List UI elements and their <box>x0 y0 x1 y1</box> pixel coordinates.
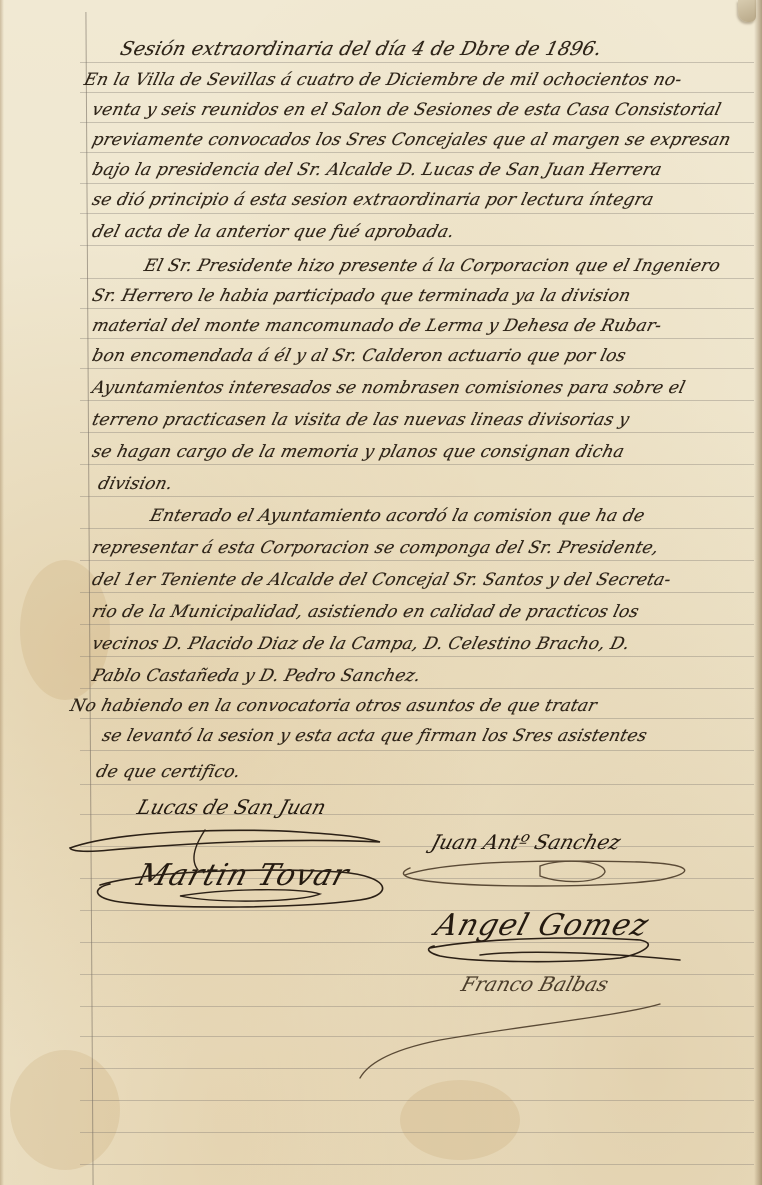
document-body: Sesión extraordinaria del día 4 de Dbre … <box>0 0 762 1185</box>
text-line: Ayuntamientos interesados se nombrasen c… <box>90 378 687 398</box>
text-line: division. <box>96 474 175 494</box>
text-line: del acta de la anterior que fué aprobada… <box>90 222 456 242</box>
text-line: bon encomendada á él y al Sr. Calderon a… <box>90 346 628 366</box>
session-header: Sesión extraordinaria del día 4 de Dbre … <box>118 38 604 60</box>
text-line: se dió principio á esta sesion extraordi… <box>90 190 656 210</box>
signature-martin-tovar: Martin Tovar <box>133 858 353 893</box>
text-line: previamente convocados los Sres Concejal… <box>90 130 733 150</box>
text-line: Enterado el Ayuntamiento acordó la comis… <box>148 506 647 526</box>
text-line: rio de la Municipalidad, asistiendo en c… <box>90 602 641 622</box>
text-line: del 1er Teniente de Alcalde del Concejal… <box>90 570 673 590</box>
document-page: Sesión extraordinaria del día 4 de Dbre … <box>0 0 762 1185</box>
text-line: material del monte mancomunado de Lerma … <box>90 316 664 336</box>
text-line: se hagan cargo de la memoria y planos qu… <box>90 442 626 462</box>
signature-lucas-de-san-juan: Lucas de San Juan <box>135 795 329 819</box>
signature-juan-antonio-sanchez: Juan Antº Sanchez <box>429 830 624 854</box>
text-line: En la Villa de Sevillas á cuatro de Dici… <box>82 70 684 90</box>
text-line: El Sr. Presidente hizo presente á la Cor… <box>142 256 722 276</box>
text-line: terreno practicasen la visita de las nue… <box>90 410 631 430</box>
signature-francisco-balbas: Franco Balbas <box>459 972 612 996</box>
text-line: No habiendo en la convocatoria otros asu… <box>68 696 599 716</box>
text-line: vecinos D. Placido Diaz de la Campa, D. … <box>90 634 632 654</box>
signature-angel-gomez: Angel Gomez <box>431 908 653 943</box>
text-line: se levantó la sesion y esta acta que fir… <box>100 726 649 746</box>
text-line: de que certifico. <box>94 762 243 782</box>
text-line: bajo la presidencia del Sr. Alcalde D. L… <box>90 160 664 180</box>
text-line: representar á esta Corporacion se compon… <box>90 538 661 558</box>
text-line: Pablo Castañeda y D. Pedro Sanchez. <box>90 666 423 686</box>
text-line: Sr. Herrero le habia participado que ter… <box>90 286 633 306</box>
text-line: venta y seis reunidos en el Salon de Ses… <box>90 100 723 120</box>
